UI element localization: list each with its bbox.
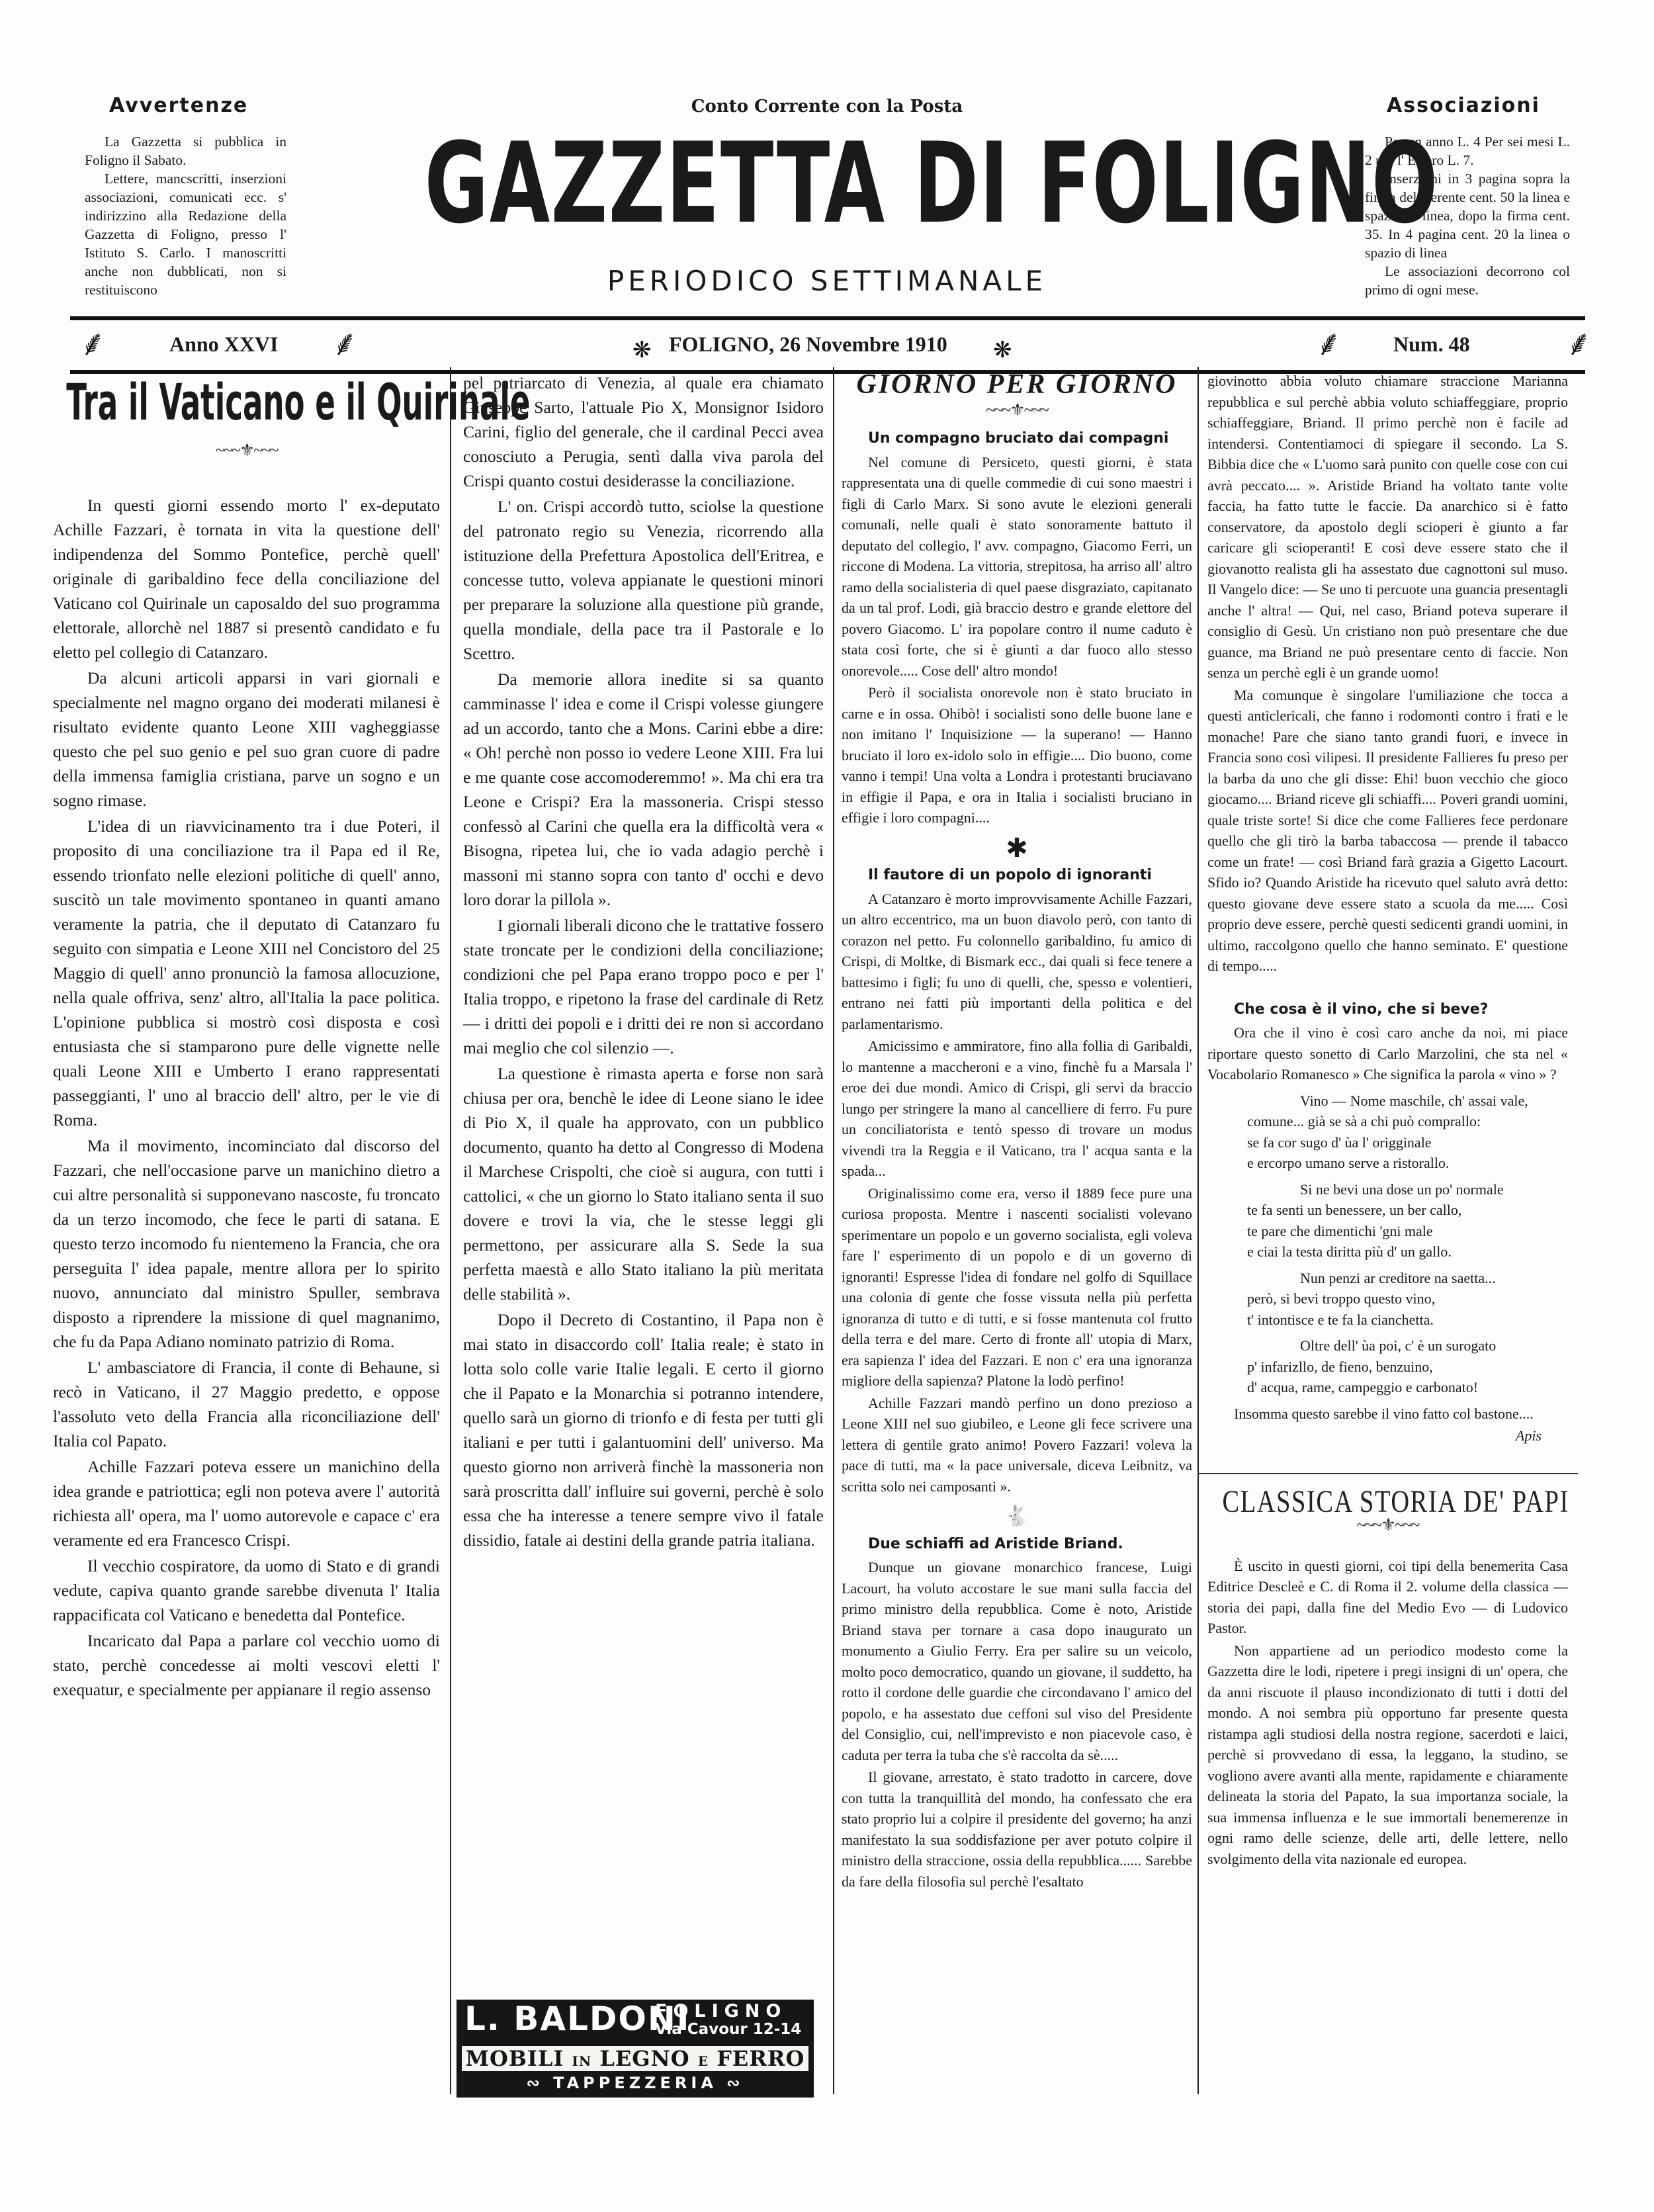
article-title: Che cosa è il vino, che si beve?: [1234, 999, 1568, 1020]
article-paragraph: Il giovane, arrestato, è stato tradotto …: [842, 1767, 1192, 1892]
fleuron-right-icon: ❋: [993, 330, 1012, 372]
hare-ornament-icon: 🐇: [842, 1506, 1192, 1527]
poem-line: Nun penzi ar creditore na saetta...: [1247, 1268, 1568, 1289]
article-paragraph: L'idea di un riavvicinamento tra i due P…: [53, 814, 440, 1132]
ad-trade: ∾ TAPPEZZERIA ∾: [457, 2074, 814, 2092]
poem-line: comune... già se sà a chi può comprallo:: [1247, 1111, 1568, 1132]
section-title-giorno-per-giorno: GIORNO PER GIORNO: [842, 375, 1192, 396]
poem-line: Si ne bevi una dose un po' normale: [1247, 1179, 1568, 1200]
article-paragraph: Il vecchio cospiratore, da uomo di Stato…: [53, 1554, 440, 1627]
ad-band-word: FERRO: [717, 2046, 805, 2071]
article-paragraph: pel patriarcato di Venezia, al quale era…: [463, 371, 824, 493]
poem-line: d' acqua, rame, campeggio e carbonato!: [1247, 1377, 1568, 1398]
article-paragraph: Achille Fazzari poteva essere un manichi…: [53, 1454, 440, 1552]
baldoni-advertisement: L. BALDONI FOLIGNO Via Cavour 12-14 MOBI…: [457, 2000, 814, 2098]
newspaper-title: GAZZETTA DI FOLIGNO: [425, 127, 1230, 240]
flourish-divider-icon: ~~~⚜~~~: [53, 438, 440, 463]
article-paragraph: Da alcuni articoli apparsi in vari giorn…: [53, 666, 440, 813]
dateline-bar: ⸙ Anno XXVI ⸙ ❋ FOLIGNO, 26 Novembre 191…: [70, 316, 1585, 374]
article-paragraph: Dunque un giovane monarchico francese, L…: [842, 1557, 1192, 1765]
poem-line: te pare che dimentichi 'gni male: [1247, 1221, 1568, 1242]
article-paragraph: L' on. Crispi accordò tutto, sciolse la …: [463, 494, 824, 666]
scroll-ornament-icon: ⸙: [331, 322, 359, 365]
headline-vaticano-quirinale: Tra il Vaticano e il Quirinale: [66, 371, 427, 434]
article-title: Due schiaffi ad Aristide Briand.: [868, 1534, 1192, 1555]
flourish-divider-icon: ~~~⚜~~~: [842, 400, 1192, 421]
ad-city: FOLIGNO: [655, 2001, 787, 2021]
article-paragraph: Originalissimo come era, verso il 1889 f…: [842, 1183, 1192, 1392]
sonnet-stanza: Si ne bevi una dose un po' normale te fa…: [1247, 1179, 1568, 1262]
article-paragraph: Incaricato dal Papa a parlare col vecchi…: [53, 1628, 440, 1702]
scroll-ornament-icon: ⸙: [1315, 322, 1342, 365]
ad-band-word: MOBILI: [466, 2046, 564, 2071]
ad-address: Via Cavour 12-14: [655, 2021, 801, 2038]
associazioni-label: Associazioni: [1387, 94, 1540, 117]
column-2: pel patriarcato di Venezia, al quale era…: [463, 371, 824, 1554]
column-rule: [833, 367, 834, 2094]
sonnet-stanza: Vino — Nome maschile, ch' assai vale, co…: [1247, 1090, 1568, 1174]
article-title: Un compagno bruciato dai compagni: [868, 428, 1192, 449]
article-paragraph: giovinotto abbia voluto chiamare stracci…: [1207, 371, 1568, 684]
star-ornament-icon: ✱: [842, 838, 1192, 859]
ad-band-word: IN: [572, 2053, 592, 2069]
poem-line: t' intontisce e te fa la cianchetta.: [1247, 1309, 1568, 1331]
signature: Apis: [1207, 1425, 1568, 1446]
article-paragraph: Ma comunque è singolare l'umiliazione ch…: [1207, 685, 1568, 977]
associazioni-paragraph: Le associazioni decorrono col primo di o…: [1365, 262, 1570, 299]
poem-line: p' infarizllo, de fieno, benzuino,: [1247, 1356, 1568, 1378]
column-4: giovinotto abbia voluto chiamare stracci…: [1207, 371, 1568, 1871]
column-3: GIORNO PER GIORNO ~~~⚜~~~ Un compagno br…: [842, 371, 1192, 1893]
section-divider: [1197, 1473, 1578, 1474]
ad-band: MOBILI IN LEGNO E FERRO: [462, 2046, 808, 2071]
column-rule: [1197, 367, 1199, 2094]
avvertenze-paragraph: La Gazzetta si pubblica in Foligno il Sa…: [85, 132, 286, 169]
poem-line: però, si bevi troppo questo vino,: [1247, 1288, 1568, 1309]
sonnet: Vino — Nome maschile, ch' assai vale, co…: [1207, 1090, 1568, 1398]
avvertenze-paragraph: Lettere, mancscritti, inserzioni associa…: [85, 169, 286, 299]
article-paragraph: A Catanzaro è morto improvvisamente Achi…: [842, 889, 1192, 1035]
associazioni-text: Per un anno L. 4 Per sei mesi L. 2 per l…: [1365, 132, 1570, 299]
poem-line: e ercorpo umano serve a ristorallo.: [1247, 1153, 1568, 1174]
fleuron-left-icon: ❋: [632, 330, 652, 372]
article-paragraph: Achille Fazzari mandò perfino un dono pr…: [842, 1393, 1192, 1497]
associazioni-paragraph: Inserzioni in 3 pagina sopra la firma de…: [1365, 169, 1570, 262]
ad-trade-label: TAPPEZZERIA: [553, 2074, 717, 2092]
avvertenze-text: La Gazzetta si pubblica in Foligno il Sa…: [85, 132, 286, 299]
article-paragraph: Non appartiene ad un periodico modesto c…: [1207, 1640, 1568, 1870]
issue-number: Num. 48: [1393, 332, 1470, 357]
article-paragraph: Amicissimo e ammiratore, fino alla folli…: [842, 1036, 1192, 1182]
sonnet-stanza: Oltre dell' ùa poi, c' è un surogato p' …: [1247, 1335, 1568, 1398]
anno-label: Anno XXVI: [169, 332, 278, 357]
column-rule: [450, 367, 451, 2094]
article-paragraph: I giornali liberali dicono che le tratta…: [463, 913, 824, 1060]
masthead: Avvertenze Conto Corrente con la Posta A…: [0, 0, 1654, 318]
poem-line: Oltre dell' ùa poi, c' è un surogato: [1247, 1335, 1568, 1356]
ad-band-word: LEGNO: [599, 2046, 689, 2071]
article-paragraph: In questi giorni essendo morto l' ex-dep…: [53, 493, 440, 664]
article-paragraph: Da memorie allora inedite si sa quanto c…: [463, 667, 824, 912]
scroll-ornament-icon: ⸙: [79, 322, 107, 365]
place-date: FOLIGNO, 26 Novembre 1910: [669, 332, 947, 357]
article-paragraph: Ora che il vino è così caro anche da noi…: [1207, 1022, 1568, 1085]
poem-line: e ciai la testa diritta più d' un gallo.: [1247, 1241, 1568, 1262]
article-paragraph: Però il socialista onorevole non è stato…: [842, 682, 1192, 828]
article-paragraph: È uscito in questi giorni, coi tipi dell…: [1207, 1556, 1568, 1639]
associazioni-paragraph: Per un anno L. 4 Per sei mesi L. 2 per l…: [1365, 132, 1570, 169]
article-title: Il fautore di un popolo di ignoranti: [868, 865, 1192, 886]
poem-line: te fa senti un benessere, un ber callo,: [1247, 1200, 1568, 1221]
headline-classica-storia: CLASSICA STORIA DE' PAPI: [1223, 1491, 1553, 1513]
article-paragraph: Nel comune di Persiceto, questi giorni, …: [842, 452, 1192, 682]
column-1: Tra il Vaticano e il Quirinale ~~~⚜~~~ I…: [53, 371, 440, 1703]
poem-line: se fa cor sugo d' ùa l' origginale: [1247, 1132, 1568, 1153]
sonnet-stanza: Nun penzi ar creditore na saetta... però…: [1247, 1268, 1568, 1331]
scroll-ornament-icon: ⸙: [1565, 322, 1592, 365]
article-paragraph: Ma il movimento, incominciato dal discor…: [53, 1133, 440, 1354]
article-paragraph: La questione è rimasta aperta e forse no…: [463, 1061, 824, 1306]
newspaper-subtitle: PERIODICO SETTIMANALE: [311, 265, 1343, 297]
article-paragraph: L' ambasciatore di Francia, il conte di …: [53, 1355, 440, 1453]
ad-band-word: E: [698, 2053, 709, 2069]
poem-line: Vino — Nome maschile, ch' assai vale,: [1247, 1090, 1568, 1112]
article-paragraph: Dopo il Decreto di Costantino, il Papa n…: [463, 1307, 824, 1552]
article-paragraph: Insomma questo sarebbe il vino fatto col…: [1207, 1403, 1568, 1425]
